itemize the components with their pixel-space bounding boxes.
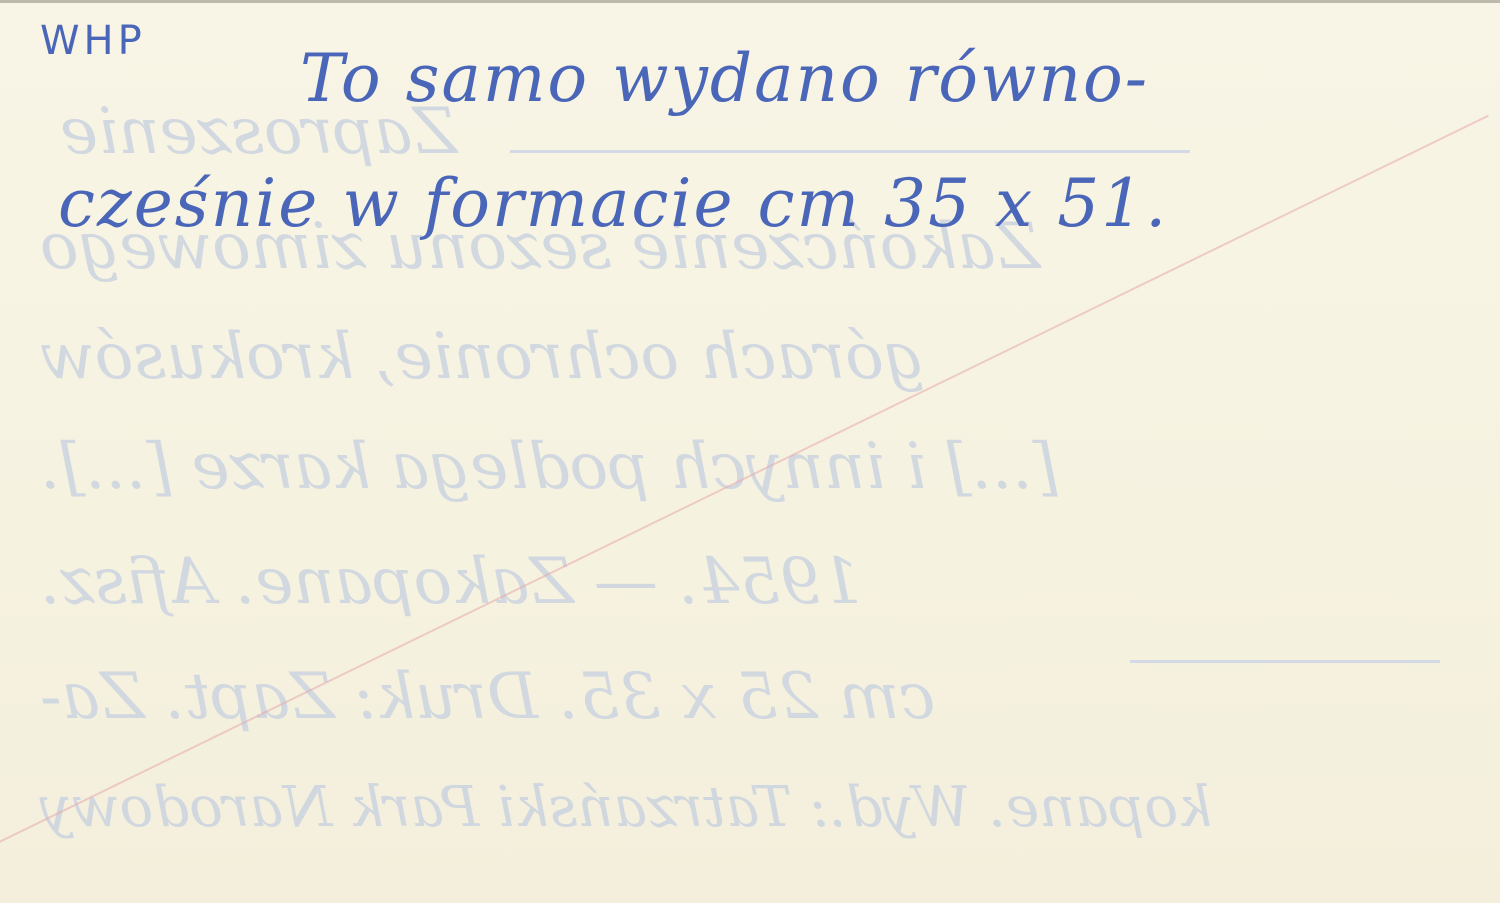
bleed-through-line: kopane. Wyd.: Tatrzański Park Narodowy bbox=[40, 775, 1212, 840]
card-top-edge bbox=[0, 0, 1500, 3]
index-card: Zaproszenie Zakończenie sezonu zimowego … bbox=[0, 0, 1500, 903]
whp-mark: WHP bbox=[40, 18, 146, 64]
bleed-through-line: cm 25 x 35. Druk: Zapt. Za- bbox=[40, 660, 935, 734]
bleed-through-line: górach ochronie, krokusów bbox=[40, 320, 925, 394]
bleed-through-line: [...] i innych podlega karze [...]. bbox=[40, 430, 1058, 504]
handwritten-line-2: cześnie w formacie cm 35 x 51. bbox=[58, 165, 1168, 242]
bleed-through-rule bbox=[510, 150, 1190, 153]
handwritten-line-1: To samo wydano równo- bbox=[300, 40, 1149, 117]
bleed-through-rule bbox=[1130, 660, 1440, 663]
bleed-through-line: 1954. — Zakopane. Afisz. bbox=[40, 545, 861, 619]
